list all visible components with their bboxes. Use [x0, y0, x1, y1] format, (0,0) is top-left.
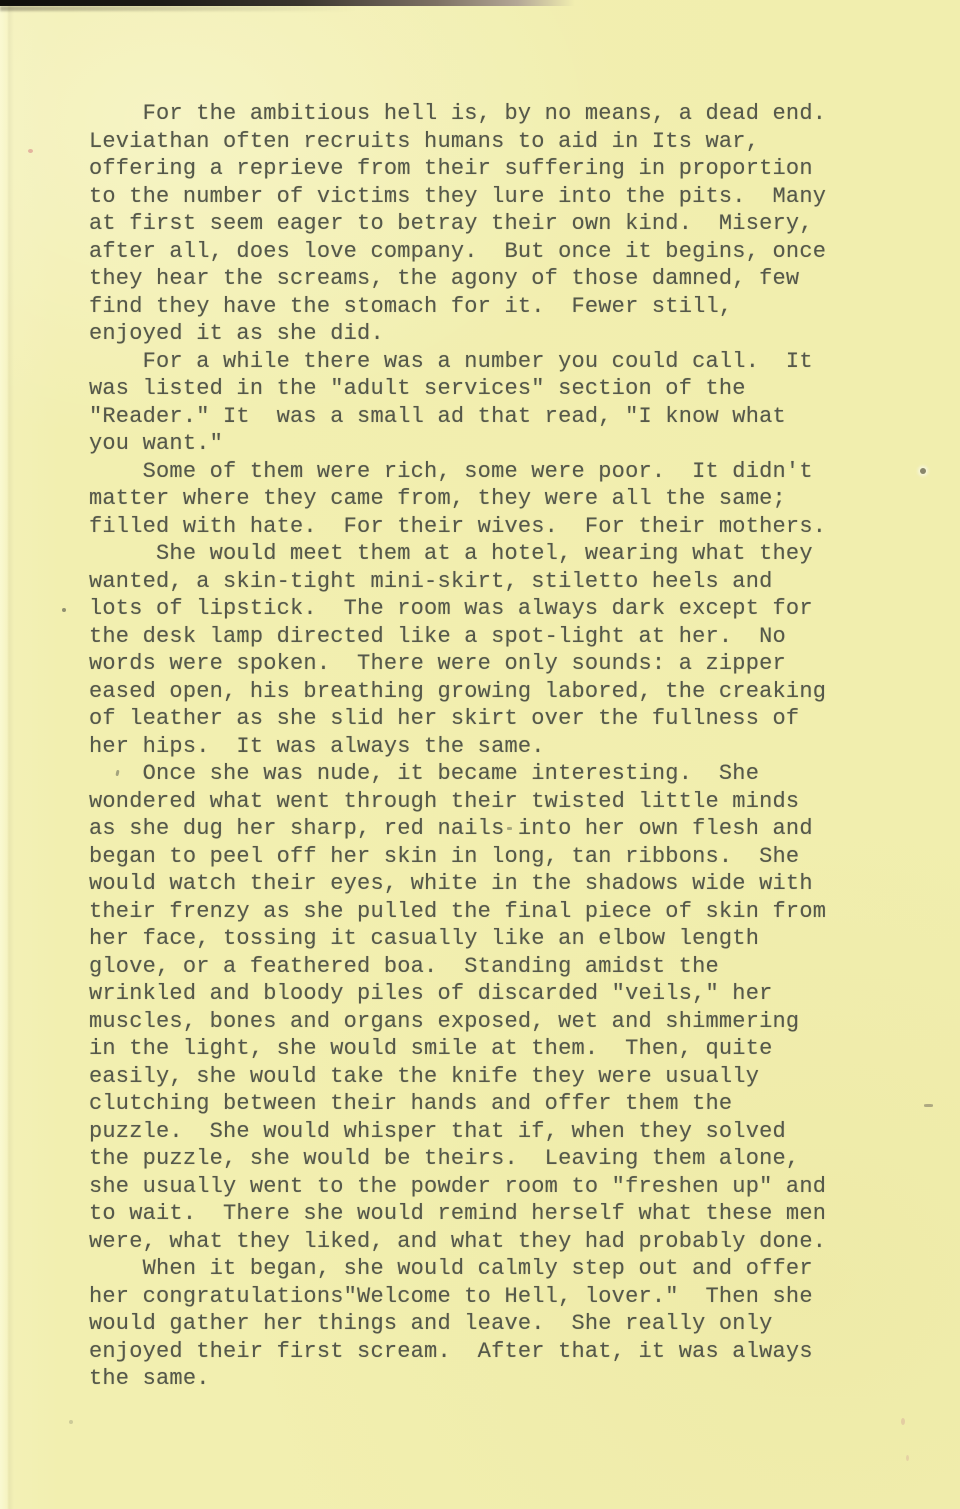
text-line: the same. [89, 1365, 826, 1393]
text-line: their frenzy as she pulled the final pie… [89, 898, 826, 926]
text-line: in the light, she would smile at them. T… [89, 1035, 826, 1063]
text-line: she usually went to the powder room to "… [89, 1173, 826, 1201]
text-line: muscles, bones and organs exposed, wet a… [89, 1008, 826, 1036]
text-line: were, what they liked, and what they had… [89, 1228, 826, 1256]
paper-speck [906, 1455, 909, 1461]
text-line: words were spoken. There were only sound… [89, 650, 826, 678]
paper-speck [901, 1418, 905, 1425]
text-line: wanted, a skin-tight mini-skirt, stilett… [89, 568, 826, 596]
text-line: her face, tossing it casually like an el… [89, 925, 826, 953]
text-line: matter where they came from, they were a… [89, 485, 826, 513]
text-line: of leather as she slid her skirt over th… [89, 705, 826, 733]
text-line: Leviathan often recruits humans to aid i… [89, 128, 826, 156]
text-line: to wait. There she would remind herself … [89, 1200, 826, 1228]
text-line: eased open, his breathing growing labore… [89, 678, 826, 706]
text-line: began to peel off her skin in long, tan … [89, 843, 826, 871]
paper-speck [920, 468, 926, 474]
text-line: was listed in the "adult services" secti… [89, 375, 826, 403]
paper-edge-left [0, 0, 14, 1509]
text-line: find they have the stomach for it. Fewer… [89, 293, 826, 321]
text-line: enjoyed it as she did. [89, 320, 826, 348]
paper-speck [924, 1104, 933, 1107]
text-line: after all, does love company. But once i… [89, 238, 826, 266]
text-line: She would meet them at a hotel, wearing … [89, 540, 826, 568]
text-line: filled with hate. For their wives. For t… [89, 513, 826, 541]
paper-speck [28, 149, 33, 153]
text-line: offering a reprieve from their suffering… [89, 155, 826, 183]
text-line: her congratulations"Welcome to Hell, lov… [89, 1283, 826, 1311]
scanned-document-page: For the ambitious hell is, by no means, … [0, 0, 960, 1509]
text-line: as she dug her sharp, red nails into her… [89, 815, 826, 843]
scan-edge-shadow [0, 6, 420, 11]
text-line: easily, she would take the knife they we… [89, 1063, 826, 1091]
text-line: "Reader." It was a small ad that read, "… [89, 403, 826, 431]
text-line: For a while there was a number you could… [89, 348, 826, 376]
paper-speck [69, 1420, 73, 1424]
text-line: you want." [89, 430, 826, 458]
text-line: wrinkled and bloody piles of discarded "… [89, 980, 826, 1008]
text-line: wondered what went through their twisted… [89, 788, 826, 816]
document-text: For the ambitious hell is, by no means, … [89, 100, 826, 1393]
paper-speck [62, 608, 66, 612]
paper-speck [507, 827, 512, 830]
text-line: they hear the screams, the agony of thos… [89, 265, 826, 293]
text-line: lots of lipstick. The room was always da… [89, 595, 826, 623]
text-line: Some of them were rich, some were poor. … [89, 458, 826, 486]
text-line: would watch their eyes, white in the sha… [89, 870, 826, 898]
text-line: at first seem eager to betray their own … [89, 210, 826, 238]
text-line: Once she was nude, it became interesting… [89, 760, 826, 788]
text-line: the puzzle, she would be theirs. Leaving… [89, 1145, 826, 1173]
text-line: enjoyed their first scream. After that, … [89, 1338, 826, 1366]
text-line: the desk lamp directed like a spot-light… [89, 623, 826, 651]
text-line: her hips. It was always the same. [89, 733, 826, 761]
text-line: puzzle. She would whisper that if, when … [89, 1118, 826, 1146]
text-line: would gather her things and leave. She r… [89, 1310, 826, 1338]
text-line: When it began, she would calmly step out… [89, 1255, 826, 1283]
text-line: For the ambitious hell is, by no means, … [89, 100, 826, 128]
text-line: clutching between their hands and offer … [89, 1090, 826, 1118]
text-line: to the number of victims they lure into … [89, 183, 826, 211]
text-line: glove, or a feathered boa. Standing amid… [89, 953, 826, 981]
